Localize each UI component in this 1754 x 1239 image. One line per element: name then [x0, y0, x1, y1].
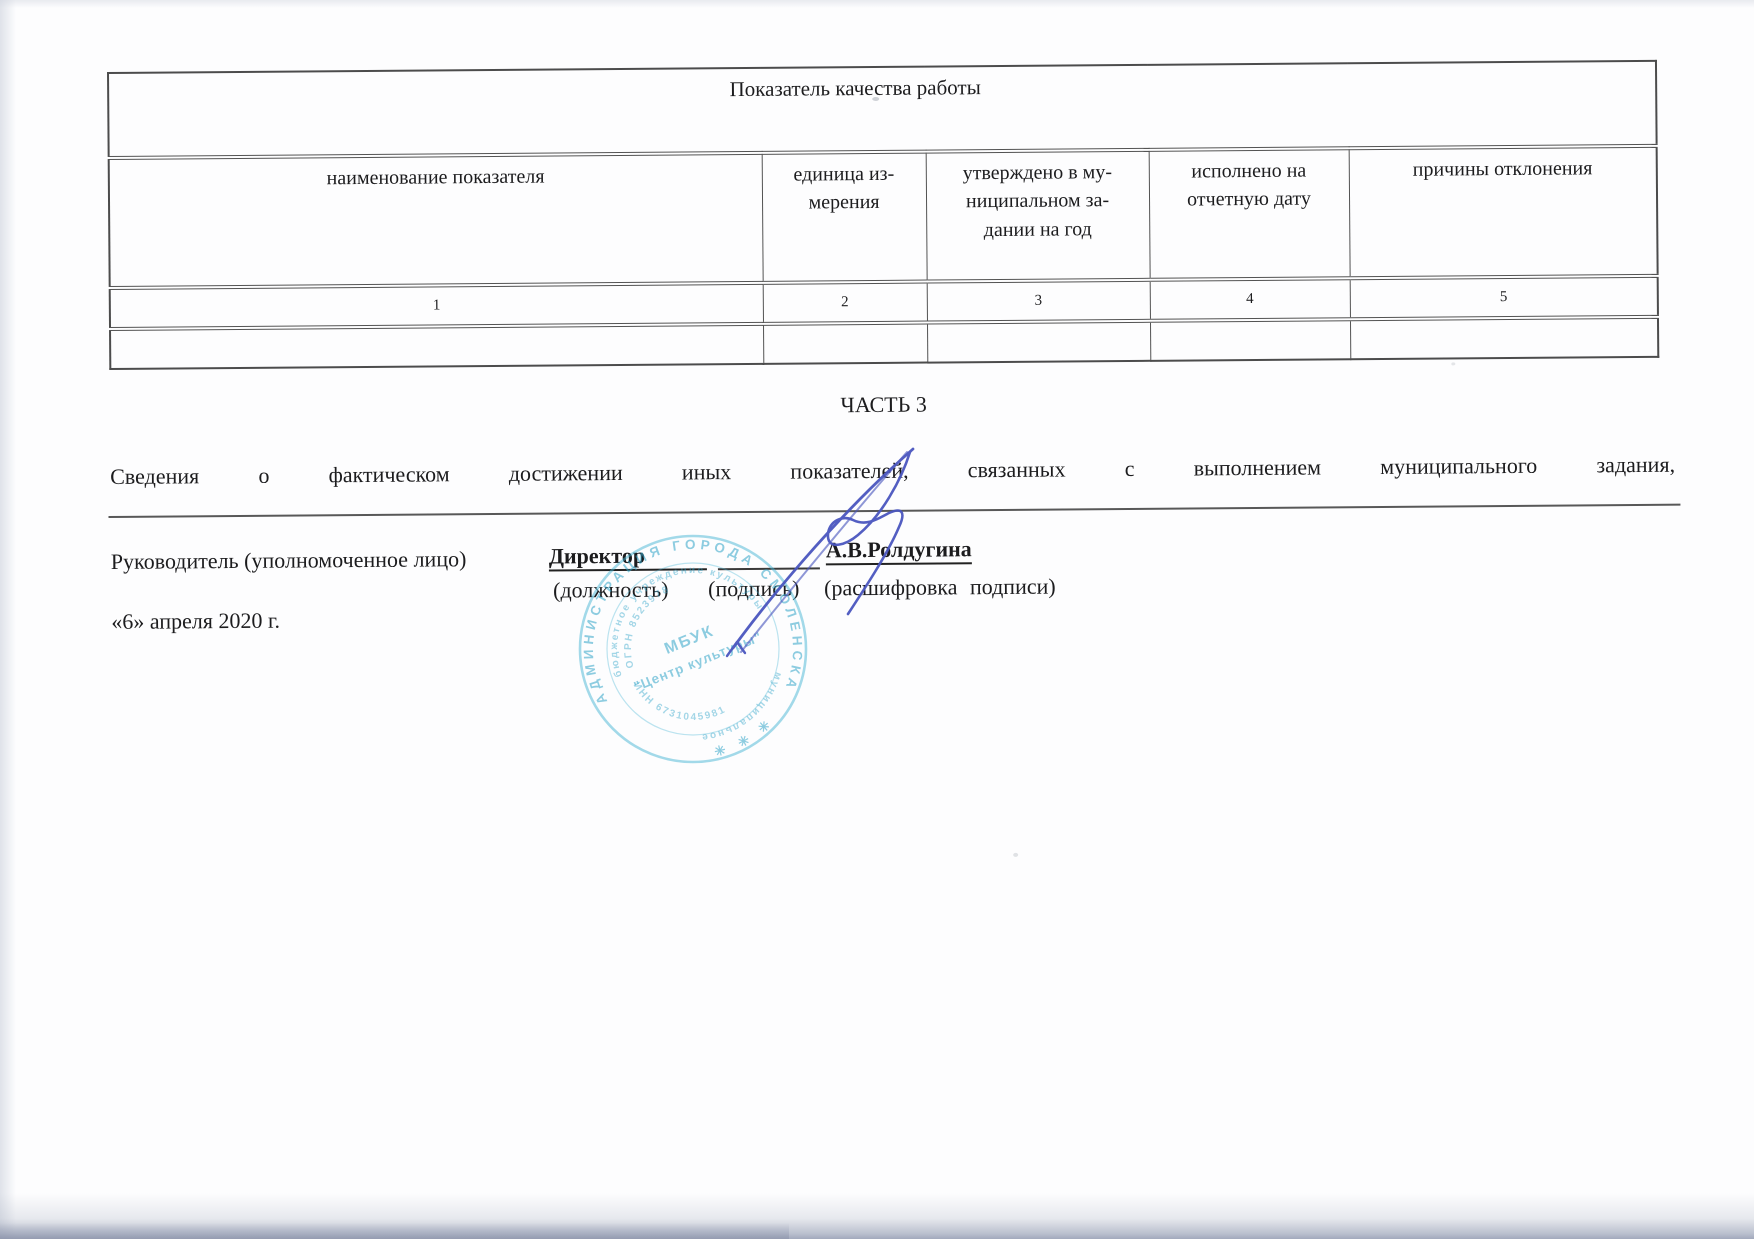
intro-word: задания, — [1596, 452, 1675, 479]
signature-blank-line — [718, 541, 820, 570]
col-header-unit: единица из- мерения — [762, 152, 927, 283]
col-header-executed: исполнено на отчетную дату — [1149, 148, 1350, 280]
table-empty-cell — [1150, 319, 1350, 361]
col-num-5: 5 — [1350, 276, 1658, 319]
table-title: Показатель качества работы — [108, 61, 1657, 158]
name-caption: (расшифровка подписи) — [824, 574, 1056, 602]
scan-speck — [1013, 853, 1018, 857]
intro-justified-line: Сведения о фактическом достижении иных п… — [110, 452, 1675, 490]
fill-in-rule-line — [108, 504, 1680, 518]
position-caption: (должность) — [553, 577, 669, 604]
scan-edge-bottom-left — [0, 1223, 789, 1239]
col-num-4: 4 — [1150, 278, 1350, 321]
signature-role-label: Руководитель (уполномоченное лицо) — [111, 546, 467, 575]
table-title-row: Показатель качества работы — [108, 61, 1657, 158]
scan-edge-top — [0, 0, 1754, 8]
intro-word: муниципального — [1380, 453, 1537, 480]
col-header-deviation-reasons: причины отклонения — [1349, 146, 1658, 278]
intro-word: показателей, — [790, 458, 908, 485]
date-line: «6» апреля 2020 г. — [111, 608, 280, 635]
quality-indicator-table: Показатель качества работы наименование … — [107, 60, 1659, 370]
scan-edge-left — [0, 0, 16, 1239]
intro-word: выполнением — [1194, 454, 1322, 481]
table-empty-cell — [927, 321, 1150, 363]
intro-word: достижении — [509, 460, 623, 487]
table-header-row: наименование показателя единица из- мере… — [109, 146, 1658, 288]
signature-position-value: Директор — [549, 542, 707, 571]
intro-word: с — [1125, 456, 1135, 482]
col-header-approved: утверждено в му- ниципальном за- дании н… — [926, 150, 1150, 282]
scan-speck — [872, 97, 879, 101]
sign-caption: (подпись) — [708, 576, 800, 603]
page-content: Показатель качества работы наименование … — [0, 0, 1754, 1239]
col-num-3: 3 — [927, 280, 1150, 323]
col-num-2: 2 — [763, 282, 927, 324]
intro-word: связанных — [968, 456, 1066, 483]
intro-word: о — [258, 463, 269, 489]
table-empty-cell — [110, 324, 763, 369]
table-empty-cell — [763, 323, 927, 364]
scanned-document-page: { "table": { "title": "Показатель качест… — [0, 0, 1754, 1239]
col-header-indicator-name: наименование показателя — [109, 153, 763, 288]
intro-word: фактическом — [328, 461, 449, 488]
page: Показатель качества работы наименование … — [0, 0, 1754, 1239]
intro-word: Сведения — [110, 463, 199, 490]
table-empty-cell — [1350, 317, 1658, 359]
signature-name-value: А.В.Ролдугина — [826, 536, 972, 565]
col-num-1: 1 — [110, 283, 763, 329]
scan-speck — [1451, 362, 1455, 365]
intro-word: иных — [682, 459, 732, 485]
part-3-heading: ЧАСТЬ 3 — [110, 386, 1658, 424]
